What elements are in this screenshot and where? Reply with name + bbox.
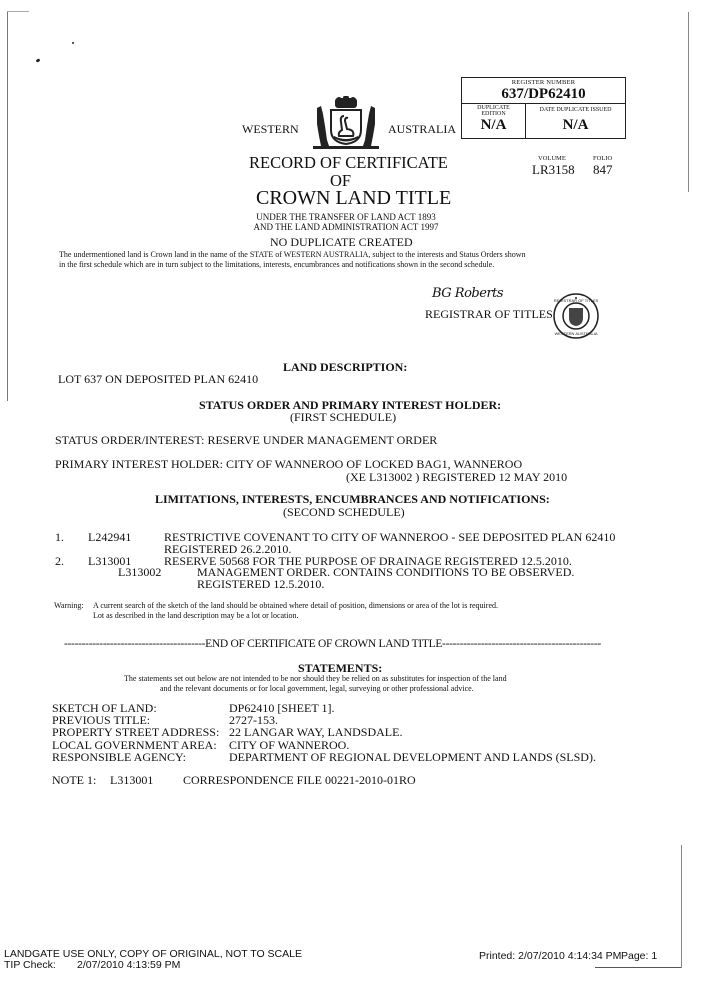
svg-text:WESTERN AUSTRALIA: WESTERN AUSTRALIA: [554, 331, 597, 336]
statements-disclaimer-1: The statements set out below are not int…: [124, 674, 507, 684]
primary-interest-registration: (XE L313002 ) REGISTERED 12 MAY 2010: [346, 470, 567, 485]
intro-line-1: The undermentioned land is Crown land in…: [59, 250, 525, 260]
statements-disclaimer-2: and the relevant documents or for local …: [160, 684, 474, 694]
act-line-2: AND THE LAND ADMINISTRATION ACT 1997: [248, 222, 444, 232]
coat-of-arms-icon: [309, 96, 383, 152]
act-reference: UNDER THE TRANSFER OF LAND ACT 1893 AND …: [248, 212, 444, 232]
no-duplicate-notice: NO DUPLICATE CREATED: [270, 235, 413, 250]
warning-line-2: Lot as described in the land description…: [93, 611, 299, 621]
statement-value: DEPARTMENT OF REGIONAL DEVELOPMENT AND L…: [229, 750, 596, 765]
end-of-certificate-line: ----------------------------------------…: [64, 638, 601, 650]
warning-line-1: A current search of the sketch of the la…: [93, 601, 498, 611]
state-label-australia: AUSTRALIA: [388, 122, 456, 137]
printed-timestamp: Printed: 2/07/2010 4:14:34 PM: [479, 950, 621, 962]
note-text: CORRESPONDENCE FILE 00221-2010-01RO: [183, 773, 416, 788]
register-number: 637/DP62410: [462, 87, 625, 102]
schedule-item-subregistered: REGISTERED 12.5.2010.: [197, 577, 324, 592]
tip-check-label: TIP Check:: [4, 959, 56, 971]
duplicate-edition-value: N/A: [462, 117, 525, 133]
tip-check-value: 2/07/2010 4:13:59 PM: [77, 959, 180, 971]
svg-text:REGISTRAR OF TITLES: REGISTRAR OF TITLES: [554, 298, 599, 303]
date-duplicate-issued-label: DATE DUPLICATE ISSUED: [526, 104, 625, 117]
title-line-3: CROWN LAND TITLE: [256, 187, 451, 210]
scan-border-right-lower: [681, 845, 682, 968]
second-schedule-subheading: (SECOND SCHEDULE): [283, 505, 405, 520]
intro-line-2: in the first schedule which are in turn …: [59, 260, 494, 270]
schedule-item-number: 2.: [55, 554, 64, 569]
page-number: Page: 1: [621, 950, 657, 962]
volume-value: LR3158: [532, 162, 575, 178]
scan-border-top: [7, 11, 29, 12]
register-number-box: REGISTER NUMBER 637/DP62410 DUPLICATE ED…: [461, 77, 626, 139]
note-ref: L313001: [110, 773, 153, 788]
act-line-1: UNDER THE TRANSFER OF LAND ACT 1893: [248, 212, 444, 222]
volume-label: VOLUME: [538, 155, 566, 162]
scan-speck: [72, 42, 74, 44]
first-schedule-subheading: (FIRST SCHEDULE): [290, 410, 396, 425]
registrar-seal-icon: REGISTRAR OF TITLES WESTERN AUSTRALIA: [552, 292, 600, 340]
status-order-interest: STATUS ORDER/INTEREST: RESERVE UNDER MAN…: [55, 433, 437, 448]
warning-label: Warning:: [54, 601, 84, 611]
note-label: NOTE 1:: [52, 773, 96, 788]
land-description-heading: LAND DESCRIPTION:: [283, 360, 407, 375]
registrar-signature: BG Roberts: [432, 286, 503, 301]
statement-label: RESPONSIBLE AGENCY:: [52, 750, 186, 765]
folio-label: FOLIO: [593, 155, 612, 162]
state-label-western: WESTERN: [242, 122, 299, 137]
land-description-value: LOT 637 ON DEPOSITED PLAN 62410: [58, 372, 258, 387]
date-duplicate-issued-value: N/A: [526, 117, 625, 133]
scan-border-right: [688, 12, 689, 192]
registrar-label: REGISTRAR OF TITLES: [425, 307, 553, 322]
scan-border-bottom: [595, 967, 681, 968]
folio-value: 847: [593, 162, 613, 178]
scan-border-left: [7, 11, 8, 401]
duplicate-edition-label: DUPLICATE EDITION: [462, 104, 525, 117]
title-line-1: RECORD OF CERTIFICATE: [249, 153, 448, 173]
scan-speck: [36, 58, 41, 63]
schedule-item-number: 1.: [55, 530, 64, 545]
schedule-item-subref: L313002: [118, 565, 161, 580]
schedule-item-ref: L242941: [88, 530, 131, 545]
